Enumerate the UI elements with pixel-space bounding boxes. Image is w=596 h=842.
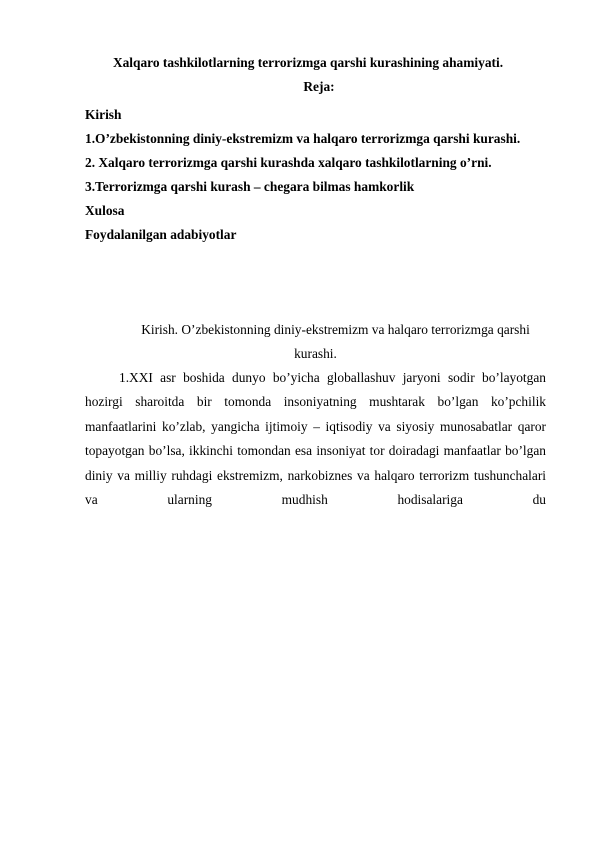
plan-heading: Reja: (0, 79, 596, 95)
body-paragraph: 1.XXI asr boshida dunyo bo’yicha globall… (85, 366, 546, 512)
plan-list: Kirish 1.O’zbekistonning diniy-ekstremiz… (85, 103, 520, 247)
plan-item-1: 1.O’zbekistonning diniy-ekstremizm va ha… (85, 127, 520, 151)
document-page: Xalqaro tashkilotlarning terrorizmga qar… (0, 0, 596, 842)
plan-item-3: 3.Terrorizmga qarshi kurash – chegara bi… (85, 175, 520, 199)
plan-item-conclusion: Xulosa (85, 199, 520, 223)
plan-item-2: 2. Xalqaro terrorizmga qarshi kurashda x… (85, 151, 520, 175)
plan-item-references: Foydalanilgan adabiyotlar (85, 223, 520, 247)
section-heading: Kirish. O’zbekistonning diniy-ekstremizm… (85, 318, 546, 366)
document-title: Xalqaro tashkilotlarning terrorizmga qar… (0, 55, 596, 71)
plan-item-introduction: Kirish (85, 103, 520, 127)
